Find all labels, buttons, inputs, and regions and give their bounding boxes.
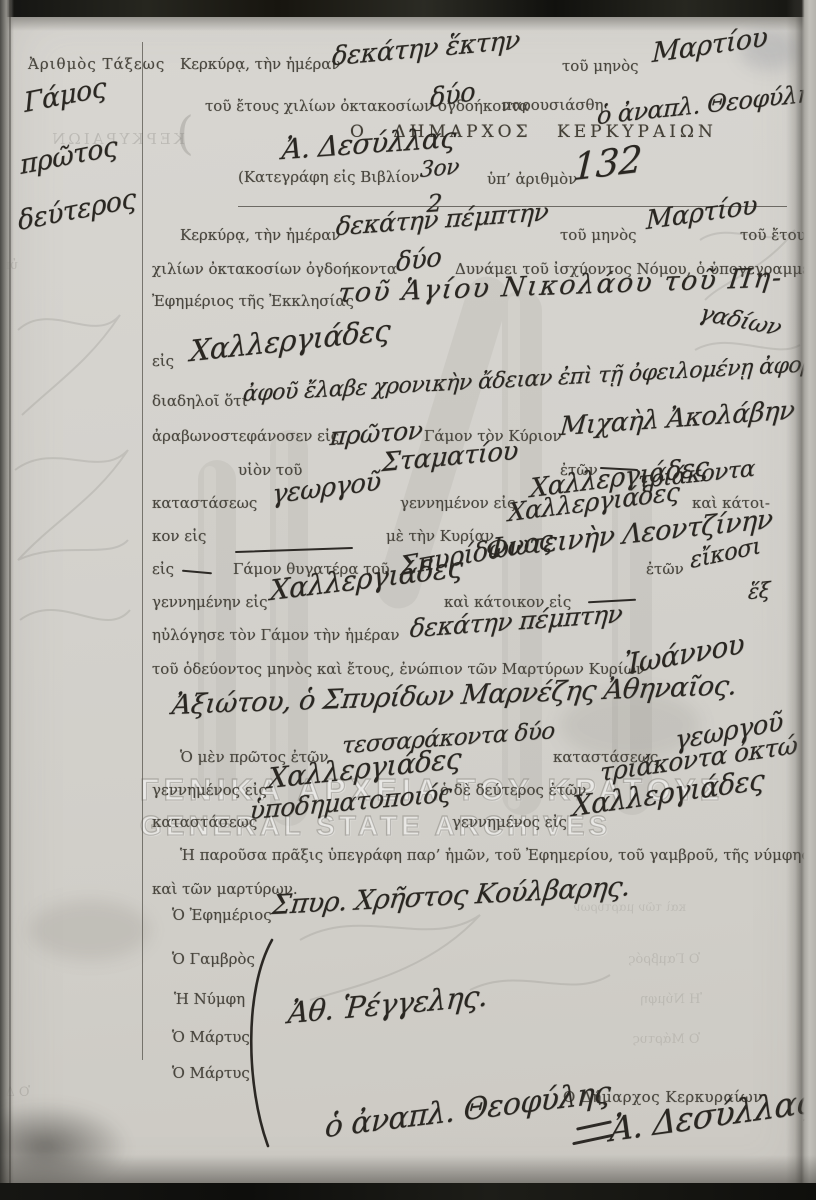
reg-number-label: ὑπ’ ἀριθμὸν: [487, 170, 577, 188]
reg-book-handwritten: 3ον: [419, 154, 459, 183]
scan-edge-bottom-shadow: [0, 1155, 816, 1183]
reg-presented-label: παρουσιάσθη: [502, 96, 603, 114]
scan-edge-top: [0, 0, 816, 17]
decl-at-label: εἰς: [152, 352, 174, 370]
document-page: ΓΕΝΙΚΑ ΑΡΧΕΙΑ ΤΟΥ ΚΡΑΤΟΥΣ GENERAL STATE …: [0, 0, 816, 1200]
decl-into-label: εἰς: [152, 560, 174, 578]
bleedthrough-nymfi: Ἡ Νύμφη: [640, 992, 702, 1007]
decl-born-f-label: γεννημένην εἰς: [152, 593, 268, 611]
decl-year-thousands: χιλίων ὀκτακοσίων ὀγδοήκοντα: [152, 260, 397, 278]
stain-mid-left: [30, 900, 150, 960]
decl-place-day-label: Κερκύρᾳ, τὴν ἡμέραν: [180, 226, 341, 244]
margin-column-rule: [142, 42, 143, 1060]
decl-age-label-f: ἐτῶν: [646, 560, 684, 578]
page-edge-right: [786, 0, 816, 1200]
reg-number-handwritten: 132: [572, 137, 643, 189]
scan-edge-bottom: [0, 1183, 816, 1200]
decl-second-witness-label: ὁ δὲ δεύτερος ἐτῶν: [440, 781, 586, 799]
decl-status-label-w2: καταστάσεως: [152, 813, 257, 831]
margin-header: Ἀριθμὸς Τάξεως: [28, 55, 165, 73]
bleedthrough-martys: Ὁ Μάρτυς: [633, 1032, 700, 1047]
decl-priest-label: Ἐφημέριος τῆς Ἐκκλησίας: [152, 292, 354, 310]
decl-declares-label: διαδηλοῖ ὅτι: [152, 392, 247, 410]
decl-born-w1-label: γεννημένος εἰς: [152, 781, 267, 799]
scan-edge-left: [0, 0, 14, 1200]
decl-born-w2-label: γεννημένος εἰς: [452, 813, 567, 831]
reg-registered-label: (Κατεγράφη εἰς Βιβλίον: [238, 168, 419, 186]
reg-place-day-label: Κερκύρᾳ, τὴν ἡμέραν: [180, 55, 341, 73]
binding-gutter-line: [9, 0, 11, 1200]
scan-edge-top-shadow: [0, 17, 816, 31]
reg-year-label: τοῦ ἔτους χιλίων ὀκτακοσίων ὀγδοήκοντα: [205, 97, 529, 115]
priest-signature-label: Ὁ Ἐφημέριος: [172, 906, 272, 924]
decl-year-units-handwritten: δύο: [395, 242, 441, 278]
decl-resident-label-b: κον εἰς: [152, 527, 206, 545]
decl-blessed-label: ηὐλόγησε τὸν Γάμον τὴν ἡμέραν: [152, 626, 400, 644]
bride-signature-label: Ἡ Νύμφη: [174, 990, 245, 1008]
decl-month-label: τοῦ μηνὸς: [560, 226, 637, 244]
decl-status-label-m: καταστάσεως: [152, 494, 257, 512]
reg-month-label: τοῦ μηνὸς: [562, 57, 639, 75]
decl-bride-age-b-handwritten: ἕξ: [748, 578, 771, 605]
closing-line-1: Ἡ παροῦσα πρᾶξις ὑπεγράφη παρ’ ἡμῶν, τοῦ…: [180, 846, 810, 864]
decl-born-m-label: γεννημένον εἰς: [400, 494, 516, 512]
signature-brace: [238, 938, 278, 1148]
decl-betrothed-label: ἀραβωνοστεφάνοσεν εἰς: [152, 427, 339, 445]
bleedthrough-gambros: Ὁ Γαμβρός: [628, 952, 700, 967]
